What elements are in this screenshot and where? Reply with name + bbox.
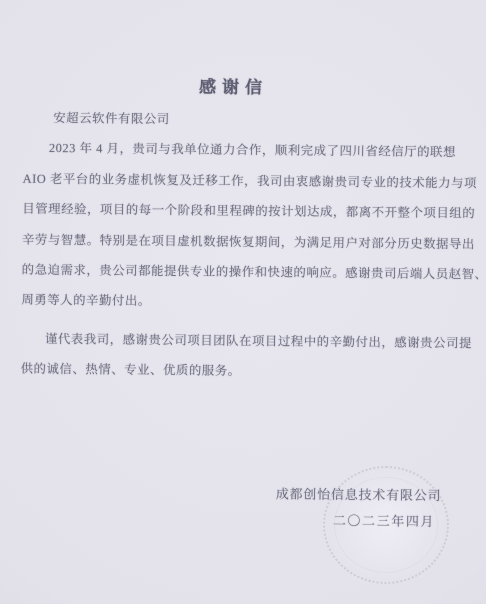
signature-date: 二〇二三年四月: [19, 506, 461, 533]
letter-line: 周勇等人的辛勤付出。: [21, 285, 463, 320]
letter-line: 谨代表我司，感谢贵公司项目团队在项目过程中的辛勤付出，感谢贵公司提: [45, 324, 463, 359]
signature-company: 成都创怡信息技术有限公司: [19, 480, 461, 507]
salutation-line: 安超云软件有限公司: [53, 103, 465, 138]
letter-photo: 感谢信 安超云软件有限公司 2023 年 4 月，贵司与我单位通力合作，顺利完成…: [0, 0, 486, 604]
letter-line: 2023 年 4 月，贵司与我单位通力合作，顺利完成了四川省经信厅的联想: [49, 133, 465, 168]
letter-page: 感谢信 安超云软件有限公司 2023 年 4 月，贵司与我单位通力合作，顺利完成…: [0, 0, 486, 604]
letter-line: 的急迫需求，贵公司都能提供专业的操作和快速的响应。感谢贵司后端人员赵智、: [22, 255, 464, 290]
letter-line: 供的诚信、热情、专业、优质的服务。: [20, 354, 462, 389]
letter-line: 目管理经验，项目的每一个阶段和里程碑的按计划达成，都离不开整个项目组的: [22, 194, 464, 229]
letter-line: 辛劳与智慧。特别是在项目虚机数据恢复期间，为满足用户对部分历史数据导出: [22, 224, 464, 259]
letter-line: AIO 老平台的业务虚机恢复及迁移工作，我司由衷感谢贵司专业的技术能力与项: [22, 164, 464, 199]
letter-title: 感谢信: [13, 0, 456, 99]
